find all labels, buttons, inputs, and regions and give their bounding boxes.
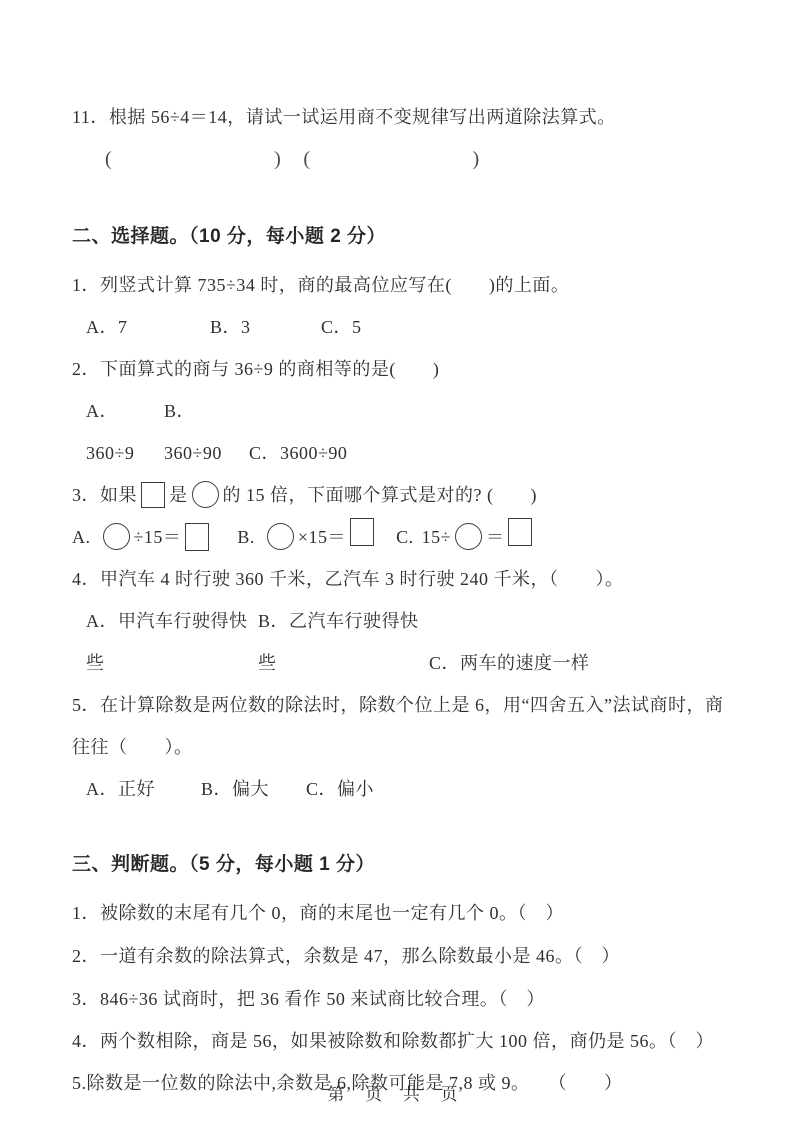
choice-question-5-text: 5．在计算除数是两位数的除法时，除数个位上是 6，用“四舍五入”法试商时，商往往… bbox=[72, 684, 738, 768]
blank-open-paren: ( bbox=[105, 148, 112, 170]
option-b: B．乙汽车行驶得快些 bbox=[258, 600, 429, 684]
choice-question-5-options: A．正好B．偏大C．偏小 bbox=[72, 768, 738, 810]
option-b-label: B. bbox=[237, 527, 255, 547]
judge-question-2: 2．一道有余数的除法算式，余数是 47，那么除数最小是 46。（ ） bbox=[72, 935, 738, 977]
worksheet-page: 11．根据 56÷4＝14，请试一试运用商不变规律写出两道除法算式。 ()() … bbox=[0, 0, 793, 1122]
option-c-label: C. bbox=[396, 527, 414, 547]
question-11-answer-blanks: ()() bbox=[72, 138, 738, 180]
choice-question-1-text: 1．列竖式计算 735÷34 时，商的最高位应写在( )的上面。 bbox=[72, 264, 738, 306]
option-a: A．7 bbox=[86, 306, 210, 348]
square-placeholder-icon bbox=[508, 518, 532, 546]
option-a-expression: ÷15＝ bbox=[134, 527, 182, 547]
option-a: A．正好 bbox=[86, 768, 201, 810]
blank-open-paren: ( bbox=[303, 148, 310, 170]
option-a: A．360÷9 bbox=[86, 390, 164, 474]
option-c: C．两车的速度一样 bbox=[429, 642, 590, 684]
choice-question-4-options: A．甲汽车行驶得快些B．乙汽车行驶得快些C．两车的速度一样 bbox=[72, 600, 738, 684]
choice-question-3-text: 3．如果是的 15 倍，下面哪个算式是对的? ( ) bbox=[72, 474, 738, 516]
question-3-text-part2: 是 bbox=[169, 485, 188, 505]
circle-placeholder-icon bbox=[267, 523, 294, 550]
option-c-equals: ＝ bbox=[486, 527, 505, 547]
choice-question-4-text: 4．甲汽车 4 时行驶 360 千米，乙汽车 3 时行驶 240 千米，（ ）。 bbox=[72, 558, 738, 600]
option-c-expression-pre: 15÷ bbox=[422, 527, 451, 547]
section-2-title: 二、选择题。（10 分，每小题 2 分） bbox=[72, 216, 738, 258]
option-c: C．偏小 bbox=[306, 768, 374, 810]
choice-question-2-options: A．360÷9B．360÷90C．3600÷90 bbox=[72, 390, 738, 474]
blank-close-paren: ) bbox=[274, 148, 281, 170]
square-placeholder-icon bbox=[141, 482, 165, 508]
option-a-label: A. bbox=[72, 527, 91, 547]
question-3-text-part3: 的 15 倍，下面哪个算式是对的? ( ) bbox=[223, 485, 537, 505]
section-3-title: 三、判断题。（5 分，每小题 1 分） bbox=[72, 844, 738, 886]
circle-placeholder-icon bbox=[192, 481, 219, 508]
choice-question-1-options: A．7B．3C．5 bbox=[72, 306, 738, 348]
page-footer: 第 页 共 页 bbox=[0, 1080, 793, 1105]
choice-question-2-text: 2．下面算式的商与 36÷9 的商相等的是( ) bbox=[72, 348, 738, 390]
circle-placeholder-icon bbox=[455, 523, 482, 550]
judge-question-1: 1．被除数的末尾有几个 0，商的末尾也一定有几个 0。（ ） bbox=[72, 892, 738, 934]
square-placeholder-icon bbox=[350, 518, 374, 546]
circle-placeholder-icon bbox=[103, 523, 130, 550]
choice-question-3-options: A.÷15＝B.×15＝C.15÷＝ bbox=[72, 516, 738, 558]
question-3-text-part1: 3．如果 bbox=[72, 485, 137, 505]
option-c: C．3600÷90 bbox=[249, 432, 347, 474]
option-a: A．甲汽车行驶得快些 bbox=[86, 600, 258, 684]
judge-question-3: 3．846÷36 试商时，把 36 看作 50 来试商比较合理。（ ） bbox=[72, 978, 738, 1020]
option-b: B．360÷90 bbox=[164, 390, 249, 474]
worksheet-content: 11．根据 56÷4＝14，请试一试运用商不变规律写出两道除法算式。 ()() … bbox=[0, 0, 793, 1104]
square-placeholder-icon bbox=[185, 523, 209, 551]
option-b: B．偏大 bbox=[201, 768, 306, 810]
blank-close-paren: ) bbox=[473, 148, 480, 170]
option-c: C．5 bbox=[321, 306, 362, 348]
option-b: B.×15＝ bbox=[237, 516, 378, 558]
option-c: C.15÷＝ bbox=[396, 516, 536, 558]
judge-question-4: 4．两个数相除，商是 56，如果被除数和除数都扩大 100 倍，商仍是 56。（… bbox=[72, 1020, 738, 1062]
option-b-expression: ×15＝ bbox=[298, 527, 346, 547]
option-a: A.÷15＝ bbox=[72, 516, 213, 558]
question-11-text: 11．根据 56÷4＝14，请试一试运用商不变规律写出两道除法算式。 bbox=[72, 96, 738, 138]
option-b: B．3 bbox=[210, 306, 321, 348]
